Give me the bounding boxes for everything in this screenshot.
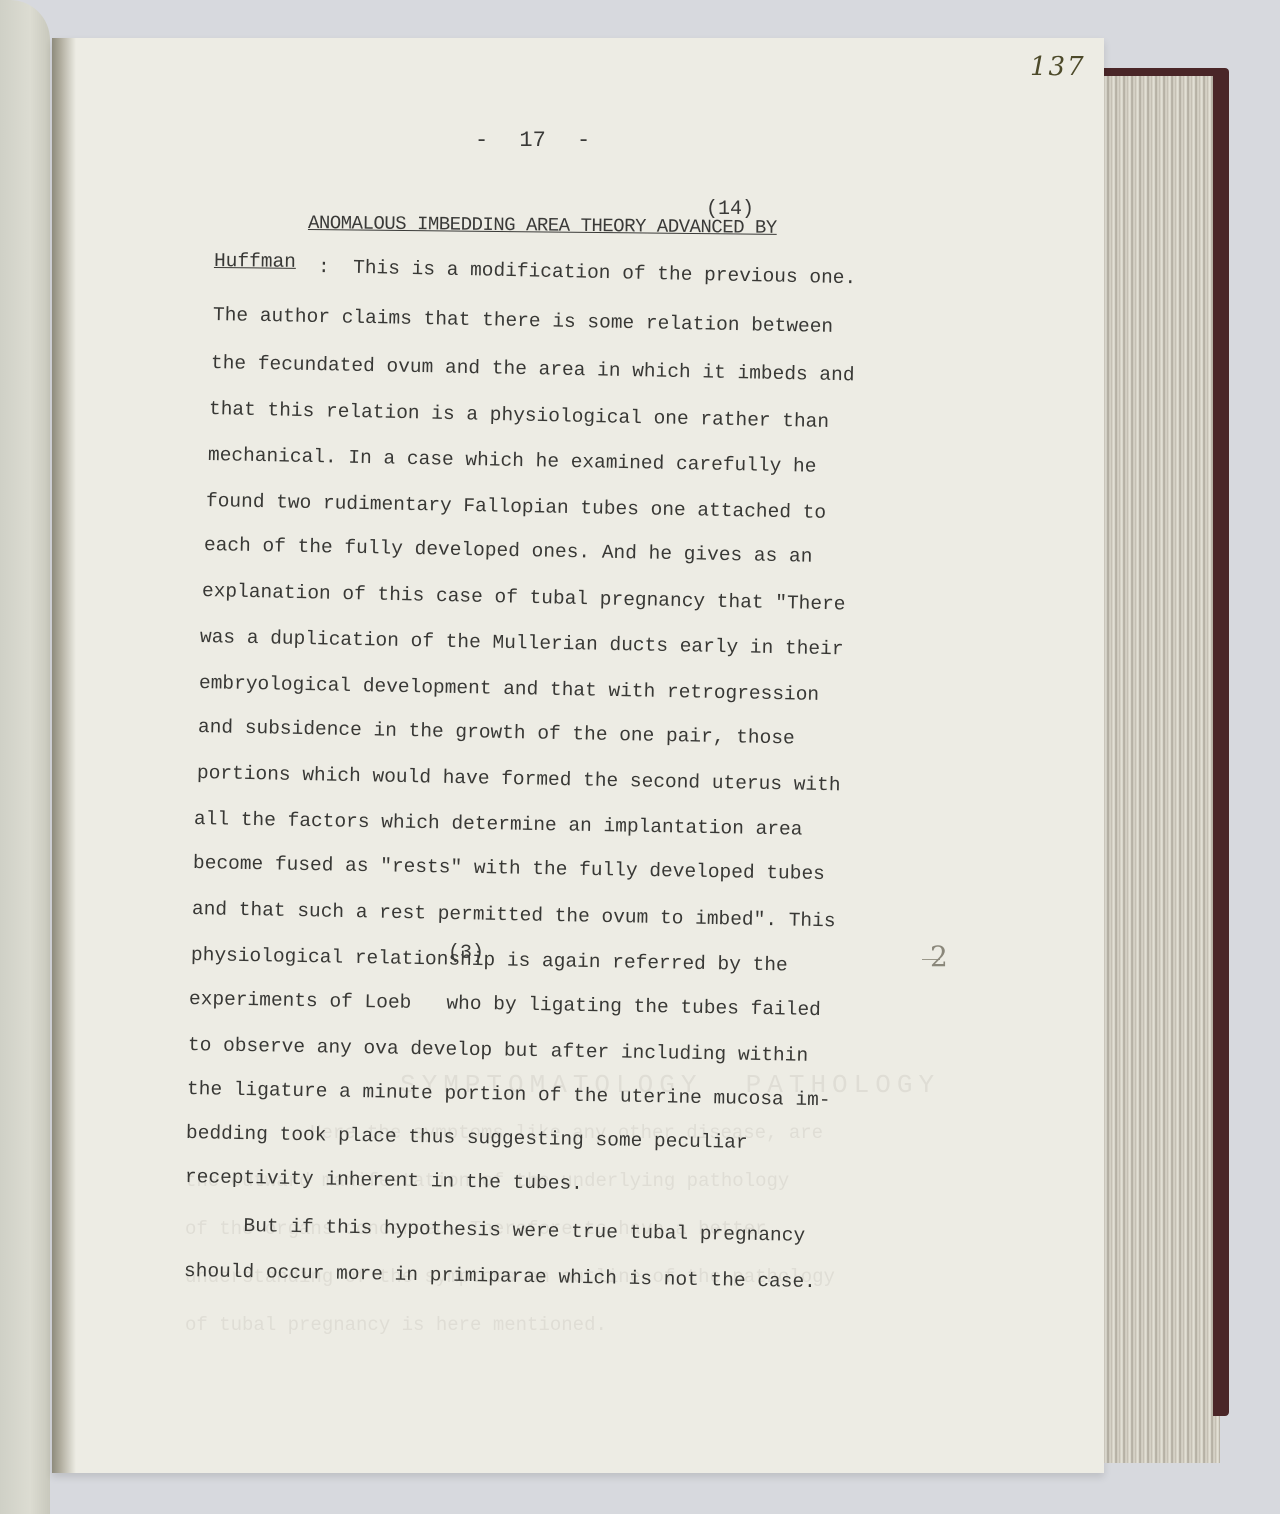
left-facing-page	[0, 0, 50, 1514]
page-edges	[1104, 70, 1220, 1463]
book-cover-top	[1104, 68, 1229, 76]
page-number: - 17 -	[475, 128, 590, 153]
heading-author: Huffman	[214, 250, 296, 273]
gutter-shadow	[52, 38, 76, 1473]
show-through-line: of tubal pregnancy is here mentioned.	[185, 1314, 607, 1336]
document-page	[52, 38, 1104, 1473]
handwritten-folio-number: 137	[1030, 52, 1086, 82]
book-cover	[1213, 68, 1229, 1416]
inline-reference: (3)	[448, 942, 484, 965]
margin-annotation: 2	[930, 940, 948, 973]
